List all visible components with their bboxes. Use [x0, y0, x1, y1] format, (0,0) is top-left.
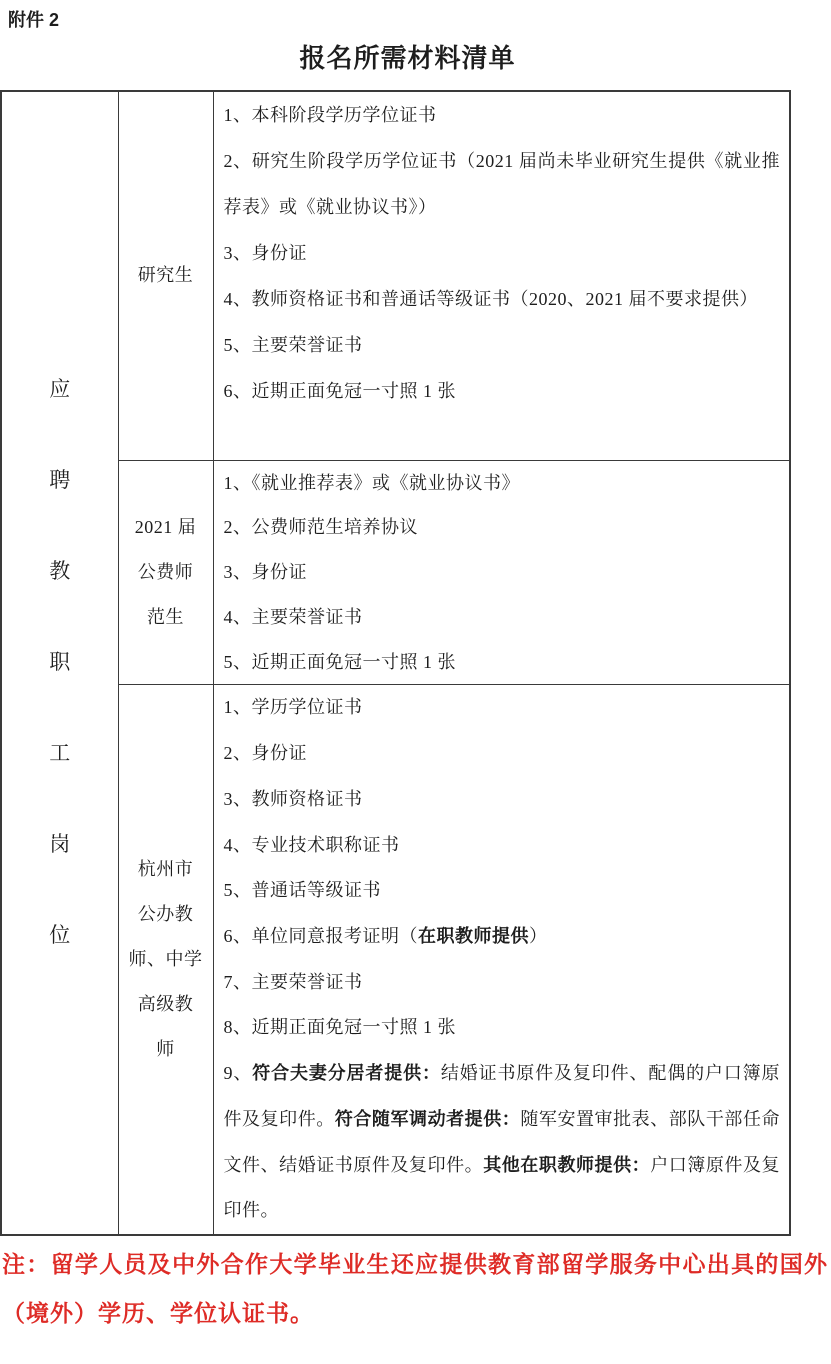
material-item-text: 4、教师资格证书和普通话等级证书（2020、2021 届不要求提供） [224, 289, 759, 309]
material-item: 6、单位同意报考证明（在职教师提供） [224, 914, 781, 960]
category-line: 师 [119, 1027, 213, 1072]
materials-table: 应聘教职工岗位研究生1、本科阶段学历学位证书2、研究生阶段学历学位证书（2021… [0, 90, 791, 1236]
material-item-text: 3、教师资格证书 [224, 789, 363, 809]
material-item: 5、近期正面免冠一寸照 1 张 [224, 640, 781, 685]
material-item: 5、主要荣誉证书 [224, 322, 781, 368]
footnote: 注：留学人员及中外合作大学毕业生还应提供教育部留学服务中心出具的国外（境外）学历… [2, 1240, 828, 1338]
row-header-char: 位 [49, 925, 70, 946]
material-item-text: 2、身份证 [224, 743, 308, 763]
material-item-text: 1、学历学位证书 [224, 697, 363, 717]
materials-table-body: 应聘教职工岗位研究生1、本科阶段学历学位证书2、研究生阶段学历学位证书（2021… [1, 91, 790, 1235]
material-item: 4、教师资格证书和普通话等级证书（2020、2021 届不要求提供） [224, 276, 781, 322]
materials-cell-0: 1、本科阶段学历学位证书2、研究生阶段学历学位证书（2021 届尚未毕业研究生提… [213, 91, 790, 460]
material-item-text: 4、专业技术职称证书 [224, 835, 400, 855]
category-cell-0: 研究生 [118, 91, 213, 460]
material-item-text: 9、 [224, 1063, 253, 1083]
row-header-char: 职 [49, 652, 70, 673]
material-item-text: 7、主要荣誉证书 [224, 972, 363, 992]
category-line: 高级教 [119, 982, 213, 1027]
category-line: 研究生 [119, 253, 213, 298]
row-header-char: 教 [49, 561, 70, 582]
material-item-text: 3、身份证 [224, 562, 308, 582]
materials-row-1: 2021 届公费师范生1、《就业推荐表》或《就业协议书》2、公费师范生培养协议3… [1, 460, 790, 685]
material-item-text: 6、单位同意报考证明（ [224, 926, 419, 946]
category-line: 公办教 [119, 892, 213, 937]
material-item-text: 2、研究生阶段学历学位证书（2021 届尚未毕业研究生提供《就业推荐表》或《就业… [224, 151, 781, 217]
material-item: 4、主要荣誉证书 [224, 595, 781, 640]
page-title: 报名所需材料清单 [0, 38, 815, 75]
materials-cell-2: 1、学历学位证书2、身份证3、教师资格证书4、专业技术职称证书5、普通话等级证书… [213, 685, 790, 1235]
category-cell-2: 杭州市公办教师、中学高级教师 [118, 685, 213, 1235]
material-item-emphasis: 其他在职教师提供： [483, 1155, 650, 1175]
category-cell-1: 2021 届公费师范生 [118, 460, 213, 685]
material-item-text: 4、主要荣誉证书 [224, 607, 363, 627]
material-item: 3、身份证 [224, 550, 781, 595]
material-item-text: 5、主要荣誉证书 [224, 335, 363, 355]
material-item-text: ） [529, 926, 548, 946]
row-header-char: 岗 [49, 834, 70, 855]
material-item-emphasis: 符合夫妻分居者提供： [252, 1063, 441, 1083]
material-item-text: 5、近期正面免冠一寸照 1 张 [224, 652, 457, 672]
materials-row-2: 杭州市公办教师、中学高级教师1、学历学位证书2、身份证3、教师资格证书4、专业技… [1, 685, 790, 1235]
material-item-text: 1、本科阶段学历学位证书 [224, 105, 437, 125]
material-item-text: 1、《就业推荐表》或《就业协议书》 [224, 473, 521, 493]
material-item-text: 2、公费师范生培养协议 [224, 517, 419, 537]
material-item: 2、研究生阶段学历学位证书（2021 届尚未毕业研究生提供《就业推荐表》或《就业… [224, 138, 781, 230]
material-item-emphasis: 符合随军调动者提供： [335, 1109, 521, 1129]
material-item: 2、身份证 [224, 731, 781, 777]
material-item-text: 3、身份证 [224, 243, 308, 263]
material-item-emphasis: 在职教师提供 [418, 926, 529, 946]
material-item: 6、近期正面免冠一寸照 1 张 [224, 368, 781, 414]
material-item-text: 5、普通话等级证书 [224, 880, 382, 900]
material-item: 4、专业技术职称证书 [224, 823, 781, 869]
material-item-text: 8、近期正面免冠一寸照 1 张 [224, 1017, 457, 1037]
category-line: 公费师 [119, 550, 213, 595]
row-header-vertical-text: 应聘教职工岗位 [2, 379, 118, 946]
category-line: 2021 届 [119, 505, 213, 550]
material-item: 7、主要荣誉证书 [224, 960, 781, 1006]
materials-row-0: 应聘教职工岗位研究生1、本科阶段学历学位证书2、研究生阶段学历学位证书（2021… [1, 91, 790, 460]
material-item: 8、近期正面免冠一寸照 1 张 [224, 1005, 781, 1051]
material-item: 3、身份证 [224, 230, 781, 276]
attachment-label: 附件 2 [8, 6, 59, 32]
materials-cell-1: 1、《就业推荐表》或《就业协议书》2、公费师范生培养协议3、身份证4、主要荣誉证… [213, 460, 790, 685]
row-header-char: 工 [49, 743, 70, 764]
category-line: 杭州市 [119, 847, 213, 892]
material-item: 1、《就业推荐表》或《就业协议书》 [224, 461, 781, 506]
material-item: 2、公费师范生培养协议 [224, 505, 781, 550]
document-page: 附件 2 报名所需材料清单 应聘教职工岗位研究生1、本科阶段学历学位证书2、研究… [0, 0, 831, 1364]
material-item: 9、符合夫妻分居者提供：结婚证书原件及复印件、配偶的户口簿原件及复印件。符合随军… [224, 1051, 781, 1234]
row-header-char: 聘 [49, 470, 70, 491]
row-header-char: 应 [49, 379, 70, 400]
category-line: 范生 [119, 595, 213, 640]
material-item: 1、学历学位证书 [224, 685, 781, 731]
row-header-positions-cell: 应聘教职工岗位 [1, 91, 118, 1235]
material-item-text: 6、近期正面免冠一寸照 1 张 [224, 381, 457, 401]
category-line: 师、中学 [119, 937, 213, 982]
material-item: 5、普通话等级证书 [224, 868, 781, 914]
material-item: 1、本科阶段学历学位证书 [224, 92, 781, 138]
material-item: 3、教师资格证书 [224, 777, 781, 823]
